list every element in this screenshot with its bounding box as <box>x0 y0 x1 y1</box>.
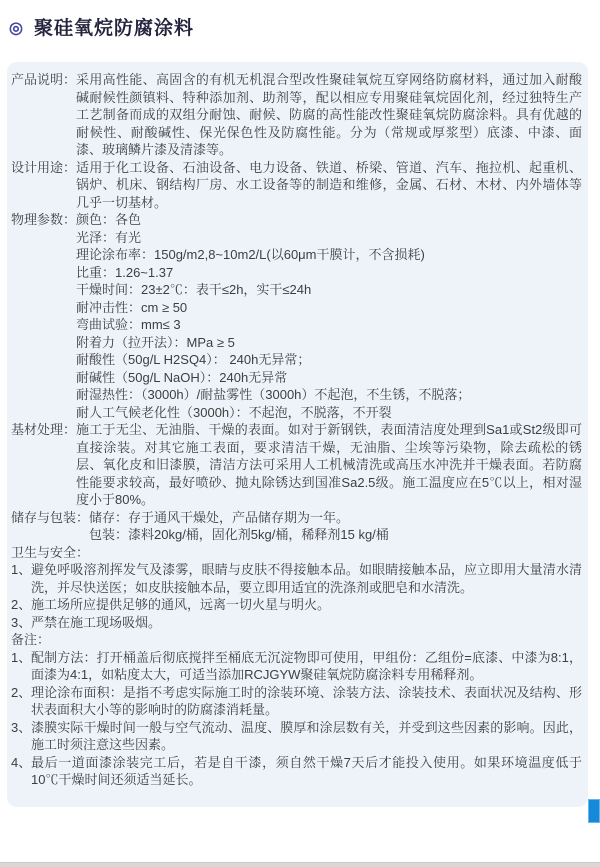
safety-item: 1、 避免呼吸溶剂挥发气及漆雾，眼睛与皮肤不得接触本品。如眼睛接触本品，应立即用… <box>11 561 582 596</box>
item-number: 3、 <box>11 719 31 737</box>
param-line-bend-test: 弯曲试验：mm≤ 3 <box>76 316 582 334</box>
section-label: 基材处理： <box>11 421 76 439</box>
item-number: 4、 <box>11 754 31 772</box>
param-line-specific-gravity: 比重：1.26~1.37 <box>76 264 582 282</box>
item-text: 施工场所应提供足够的通风，远离一切火星与明火。 <box>31 597 330 612</box>
param-line-drying-time: 干燥时间：23±2℃：表干≤2h，实干≤24h <box>76 281 582 299</box>
section-label: 储存与包装： <box>11 509 89 527</box>
safety-item: 3、 严禁在施工现场吸烟。 <box>11 614 582 632</box>
page-header: ◎ 聚硅氧烷防腐涂料 <box>9 19 194 38</box>
item-text: 避免呼吸溶剂挥发气及漆雾，眼睛与皮肤不得接触本品。如眼睛接触本品，应立即用大量清… <box>31 562 582 595</box>
section-label: 物理参数： <box>11 211 76 229</box>
note-item: 2、 理论涂布面积：是指不考虑实际施工时的涂装环境、涂装方法、涂装技术、表面状况… <box>11 684 582 719</box>
item-text: 配制方法：打开桶盖后彻底搅拌至桶底无沉淀物即可使用，甲组份：乙组份=底漆、中漆为… <box>31 650 582 683</box>
param-line-gloss: 光泽：有光 <box>76 229 582 247</box>
safety-item: 2、 施工场所应提供足够的通风，远离一切火星与明火。 <box>11 596 582 614</box>
section-storage-packaging: 储存与包装： 储存：存于通风干燥处，产品储存期为一年。 包装：漆料20kg/桶，… <box>11 509 582 544</box>
param-line-impact-resistance: 耐冲击性：cm ≥ 50 <box>76 299 582 317</box>
product-spec-page: ◎ 聚硅氧烷防腐涂料 产品说明： 采用高性能、高固含的有机无机混合型改性聚硅氧烷… <box>0 0 600 867</box>
item-text: 最后一道面漆涂装完工后，若是自干漆，须自然干燥7天后才能投入使用。如果环境温度低… <box>31 755 582 788</box>
param-line-alkali-resistance: 耐碱性（50g/L NaOH）：240h无异常 <box>76 369 582 387</box>
section-text: 施工于无尘、无油脂、干燥的表面。如对于新钢铁，表面清洁度处理到Sa1或St2级即… <box>76 422 582 507</box>
item-number: 2、 <box>11 596 31 614</box>
param-line-humidity-salt-spray: 耐湿热性：（3000h）/耐盐雾性（3000h）不起泡，不生锈，不脱落； <box>76 386 582 404</box>
item-number: 1、 <box>11 561 31 579</box>
param-line-weathering: 耐人工气候老化性（3000h）：不起泡，不脱落，不开裂 <box>76 404 582 422</box>
section-text: 适用于化工设备、石油设备、电力设备、铁道、桥梁、管道、汽车、拖拉机、起重机、锅炉… <box>76 160 582 210</box>
item-number: 2、 <box>11 684 31 702</box>
section-text: 采用高性能、高固含的有机无机混合型改性聚硅氧烷互穿网络防腐材料，通过加入耐酸碱耐… <box>76 72 582 157</box>
double-circle-bullet-icon: ◎ <box>9 21 23 37</box>
item-number: 1、 <box>11 649 31 667</box>
note-item: 1、 配制方法：打开桶盖后彻底搅拌至桶底无沉淀物即可使用，甲组份：乙组份=底漆、… <box>11 649 582 684</box>
item-text: 理论涂布面积：是指不考虑实际施工时的涂装环境、涂装方法、涂装技术、表面状况及结构… <box>31 685 582 718</box>
section-substrate-treatment: 基材处理： 施工于无尘、无油脂、干燥的表面。如对于新钢铁，表面清洁度处理到Sa1… <box>11 421 582 509</box>
param-line-spread-rate: 理论涂布率：150g/m2,8~10m2/L(以60μm干膜计，不含损耗) <box>76 246 582 264</box>
section-label: 产品说明： <box>11 71 76 89</box>
item-number: 3、 <box>11 614 31 632</box>
item-text: 严禁在施工现场吸烟。 <box>31 615 161 630</box>
vertical-scrollbar-thumb[interactable] <box>588 799 600 823</box>
packaging-line: 包装：漆料20kg/桶，固化剂5kg/桶，稀释剂15 kg/桶 <box>89 526 582 544</box>
param-line-color: 颜色：各色 <box>76 211 582 229</box>
notes-heading: 备注： <box>11 631 582 649</box>
safety-heading: 卫生与安全： <box>11 544 582 562</box>
horizontal-scrollbar-track[interactable] <box>0 862 600 867</box>
storage-line: 储存：存于通风干燥处，产品储存期为一年。 <box>89 509 582 527</box>
param-line-adhesion: 附着力（拉开法）：MPa ≥ 5 <box>76 334 582 352</box>
note-item: 4、 最后一道面漆涂装完工后，若是自干漆，须自然干燥7天后才能投入使用。如果环境… <box>11 754 582 789</box>
param-line-acid-resistance: 耐酸性（50g/L H2SQ4）： 240h无异常； <box>76 351 582 369</box>
note-item: 3、 漆膜实际干燥时间一般与空气流动、温度、膜厚和涂层数有关，并受到这些因素的影… <box>11 719 582 754</box>
section-product-description: 产品说明： 采用高性能、高固含的有机无机混合型改性聚硅氧烷互穿网络防腐材料，通过… <box>11 71 582 159</box>
section-label: 设计用途： <box>11 159 76 177</box>
product-spec-panel: 产品说明： 采用高性能、高固含的有机无机混合型改性聚硅氧烷互穿网络防腐材料，通过… <box>7 62 588 807</box>
item-text: 漆膜实际干燥时间一般与空气流动、温度、膜厚和涂层数有关，并受到这些因素的影响。因… <box>31 720 582 753</box>
section-design-use: 设计用途： 适用于化工设备、石油设备、电力设备、铁道、桥梁、管道、汽车、拖拉机、… <box>11 159 582 212</box>
page-title: 聚硅氧烷防腐涂料 <box>34 19 194 38</box>
section-physical-parameters: 物理参数： 颜色：各色 光泽：有光 理论涂布率：150g/m2,8~10m2/L… <box>11 211 582 421</box>
